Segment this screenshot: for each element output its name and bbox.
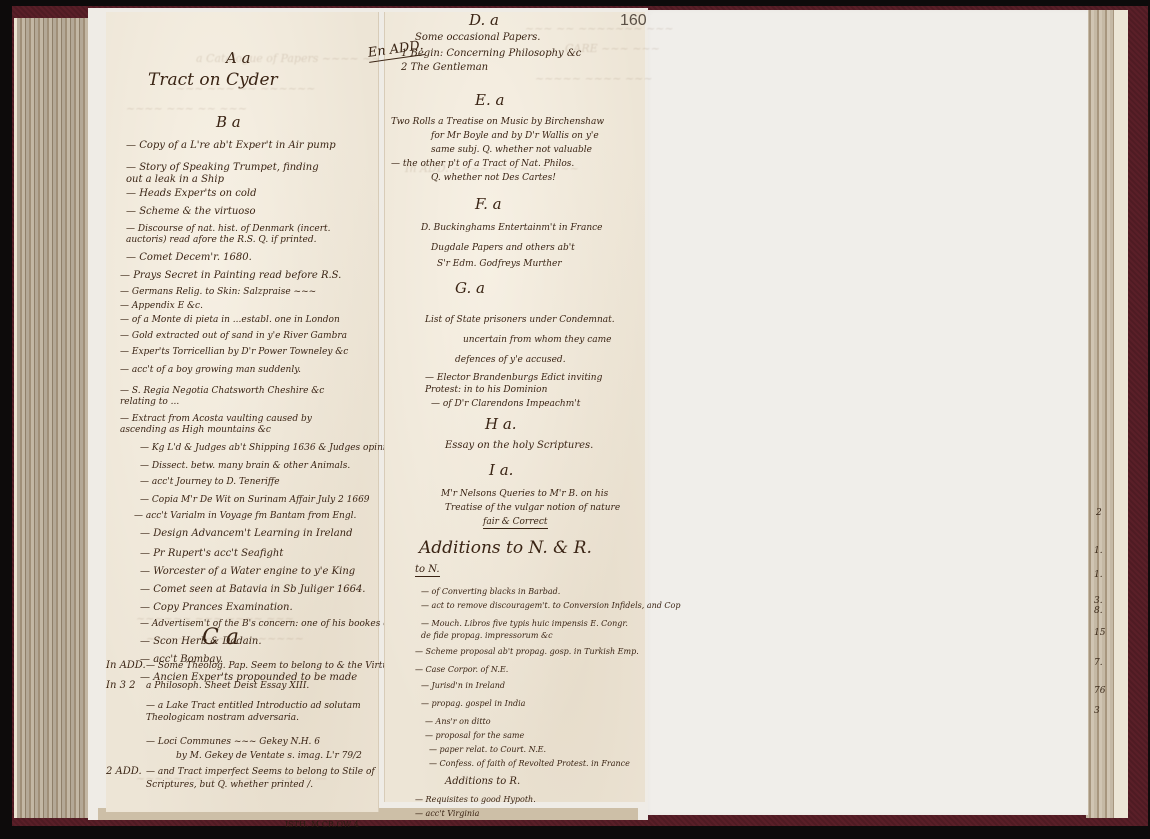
list-item: Case Corpor. of N.E.: [415, 664, 508, 676]
list-item: of D'r Clarendons Impeachm't: [431, 398, 580, 410]
section-heading-g: G. a: [455, 282, 485, 294]
list-item: 1 Begin: Concerning Philosophy &c: [401, 48, 581, 60]
margin-note: In ADD.: [106, 660, 146, 671]
list-item: fair & Correct: [483, 516, 548, 529]
list-item: Requisites to good Hypoth.: [415, 794, 536, 806]
list-item: Scon Herb & Dadain.: [140, 636, 262, 648]
list-item: Ans'r on ditto: [425, 716, 491, 728]
list-item: uncertain from whom they came: [463, 334, 612, 346]
list-item: Heads Exper'ts on cold: [126, 188, 256, 200]
list-item: acc't Journey to D. Teneriffe: [140, 476, 280, 488]
list-item: Essay on the holy Scriptures.: [445, 440, 593, 452]
list-item: Appendix E &c.: [120, 300, 203, 312]
list-item: Mouch. Libros five typis huic impensis E…: [421, 618, 636, 642]
list-item: Some Theolog. Pap. Seem to belong to & t…: [146, 660, 404, 672]
list-item: Comet Decem'r. 1680.: [126, 252, 252, 264]
list-item: for Mr Boyle and by D'r Wallis on y'e: [431, 130, 599, 142]
list-item: Prays Secret in Painting read before R.S…: [120, 270, 341, 282]
list-item: paper relat. to Court. N.E.: [429, 744, 546, 756]
edge-number: 15: [1094, 628, 1105, 638]
list-item: Confess. of faith of Revolted Protest. i…: [429, 758, 630, 770]
list-item: by M. Gekey de Ventate s. imag. L'r 79/2: [176, 750, 362, 762]
list-item: Copia M'r De Wit on Surinam Affair July …: [140, 494, 370, 506]
list-item: Dugdale Papers and others ab't: [431, 242, 575, 254]
edge-number: 1.: [1094, 570, 1103, 580]
edge-number: 7.: [1094, 658, 1103, 668]
section-heading-e: E. a: [475, 94, 504, 106]
edge-number: 8.: [1094, 606, 1103, 616]
list-item: the other p't of a Tract of Nat. Philos.: [391, 158, 574, 170]
additions-title: Additions to N. & R.: [419, 542, 592, 554]
list-item: proposal for the same: [425, 730, 524, 742]
list-item: Discourse of nat. hist. of Denmark (ince…: [126, 224, 346, 246]
list-item: Comet seen at Batavia in Sb Juliger 1664…: [140, 584, 365, 596]
list-item: Extract from Acosta vaulting caused by a…: [120, 414, 360, 436]
list-item: S'r Edm. Godfreys Murther: [437, 258, 562, 270]
list-item: Pr Rupert's acc't Seafight: [140, 548, 283, 560]
list-item: acc't of a boy growing man suddenly.: [120, 364, 301, 376]
list-item: defences of y'e accused.: [455, 354, 566, 366]
list-item: of a Monte di pieta in ...establ. one in…: [120, 314, 340, 326]
list-item: M'r Nelsons Queries to M'r B. on his: [441, 488, 608, 500]
list-item: act to remove discouragem't. to Conversi…: [421, 600, 680, 612]
edge-number: 76: [1094, 686, 1105, 696]
list-item: acc't Varialm in Voyage fm Bantam from E…: [134, 510, 356, 522]
list-item: Design Advancem't Learning in Ireland: [140, 528, 353, 540]
section-heading-a: A a: [226, 52, 251, 64]
list-item: Jurisd'n in Ireland: [421, 680, 505, 692]
list-item: Exper'ts Torricellian by D'r Power Towne…: [120, 346, 348, 358]
edge-number: 3: [1094, 706, 1100, 716]
section-heading-c: C a: [202, 632, 239, 644]
list-item: a Lake Tract entitled Introductio ad sol…: [146, 700, 376, 724]
edge-number: 3.: [1094, 596, 1103, 606]
section-heading-h: H a.: [485, 418, 517, 430]
manuscript-leaf-left: a Catalogue of Papers ~~~~ ~~ ~~~ ~~~ ~~…: [106, 12, 379, 812]
list-item: Scheme proposal ab't propag. gosp. in Tu…: [415, 646, 639, 658]
list-item: Loci Communes ~~~ Gekey N.H. 6: [146, 736, 320, 748]
list-item: 2 The Gentleman: [401, 62, 488, 74]
list-item: Germans Relig. to Skin: Salzpraise ~~~: [120, 286, 316, 298]
folio-number: 160: [620, 12, 647, 30]
list-item: Kg L'd & Judges ab't Shipping 1636 & Jud…: [140, 442, 397, 454]
list-item: same subj. Q. whether not valuable: [431, 144, 592, 156]
tract-title: Tract on Cyder: [148, 74, 278, 86]
list-item: Copy Prances Examination.: [140, 602, 293, 614]
list-item: Story of Speaking Trumpet, finding out a…: [126, 162, 326, 186]
library-stamp: ISTH. M CR.OW 4: [285, 820, 359, 829]
list-item: acc't Virginia: [415, 808, 479, 820]
list-item: Scheme & the virtuoso: [126, 206, 255, 218]
list-item: propag. gospel in India: [421, 698, 525, 710]
list-item: of Converting blacks in Barbad.: [421, 586, 560, 598]
list-item: List of State prisoners under Condemnat.: [425, 314, 615, 326]
edge-number: 2: [1096, 508, 1102, 518]
left-page-stack: [14, 18, 91, 818]
list-item: Gold extracted out of sand in y'e River …: [120, 330, 347, 342]
list-item: D. Buckinghams Entertainm't in France: [421, 222, 603, 234]
margin-note: In 3 2: [106, 680, 135, 691]
section-heading-d: D. a: [469, 14, 499, 26]
list-item: Copy of a L're ab't Exper't in Air pump: [126, 140, 336, 152]
list-item: Treatise of the vulgar notion of nature: [445, 502, 620, 514]
section-heading-b: B a: [216, 116, 241, 128]
list-item: and Tract imperfect Seems to belong to S…: [146, 766, 376, 792]
list-item: Elector Brandenburgs Edict inviting Prot…: [425, 372, 635, 396]
to-n-heading: to N.: [415, 564, 440, 577]
section-heading-f: F. a: [475, 198, 502, 210]
right-endpaper: [1114, 10, 1128, 818]
list-item: Two Rolls a Treatise on Music by Birchen…: [391, 116, 604, 128]
list-item: Q. whether not Des Cartes!: [431, 172, 556, 184]
section-heading-i: I a.: [489, 464, 513, 476]
margin-note: 2 ADD.: [106, 766, 142, 777]
list-item: S. Regia Negotia Chatsworth Cheshire &c …: [120, 386, 350, 408]
list-item: Some occasional Papers.: [415, 32, 540, 44]
additions-r-heading: Additions to R.: [445, 776, 520, 788]
edge-number: 1.: [1094, 546, 1103, 556]
list-item: Dissect. betw. many brain & other Animal…: [140, 460, 350, 472]
blank-right-page: [640, 10, 1088, 815]
manuscript-leaf-right: ~~~ ~~ ~~~~~~~ ~~~ CARE ~~~ ~~~ ~~~~~ ~~…: [384, 12, 645, 802]
list-item: Worcester of a Water engine to y'e King: [140, 566, 355, 578]
list-item: a Philosoph. Sheet Deist Essay XIII.: [146, 680, 309, 692]
